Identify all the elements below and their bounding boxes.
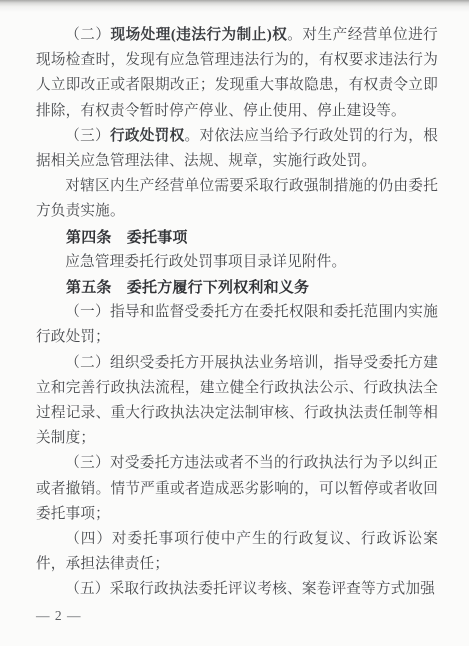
clause-onsite-handling-term: 现场处理(违法行为制止)权 xyxy=(110,27,287,43)
document-page: （二）现场处理(违法行为制止)权。对生产经营单位进行现场检查时，发现有应急管理违… xyxy=(0,0,469,646)
article-4-heading: 第四条 委托事项 xyxy=(36,225,438,250)
clause-admin-penalty: （三）行政处罚权。对依法应当给予行政处罚的行为，根据相关应急管理法律、法规、规章… xyxy=(36,124,438,174)
page-number: — 2 — xyxy=(36,603,438,628)
article-5-item-1: （一）指导和监督受委托方在委托权限和委托范围内实施行政处罚； xyxy=(36,300,438,350)
paragraph-coercive-measures: 对辖区内生产经营单位需要采取行政强制措施的仍由委托方负责实施。 xyxy=(36,174,438,224)
document-body: （二）现场处理(违法行为制止)权。对生产经营单位进行现场检查时，发现有应急管理违… xyxy=(36,23,438,628)
clause-admin-penalty-term: 行政处罚权 xyxy=(110,128,185,144)
clause-onsite-handling-number: （二） xyxy=(65,27,110,43)
clause-onsite-handling: （二）现场处理(违法行为制止)权。对生产经营单位进行现场检查时，发现有应急管理违… xyxy=(36,23,438,124)
article-5-item-4: （四）对委托事项行使中产生的行政复议、行政诉讼案件，承担法律责任； xyxy=(36,527,438,577)
clause-admin-penalty-number: （三） xyxy=(65,128,110,144)
article-4-body: 应急管理委托行政处罚事项目录详见附件。 xyxy=(36,250,438,275)
article-5-heading: 第五条 委托方履行下列权利和义务 xyxy=(36,275,438,300)
article-5-item-2: （二）组织受委托方开展执法业务培训，指导受委托方建立和完善行政执法流程，建立健全… xyxy=(36,351,438,452)
page-top-edge-shadow xyxy=(0,0,469,12)
article-5-item-3: （三）对受委托方违法或者不当的行政执法行为予以纠正或者撤销。情节严重或者造成恶劣… xyxy=(36,451,438,527)
article-5-item-5: （五）采取行政执法委托评议考核、案卷评查等方式加强 xyxy=(36,577,438,602)
